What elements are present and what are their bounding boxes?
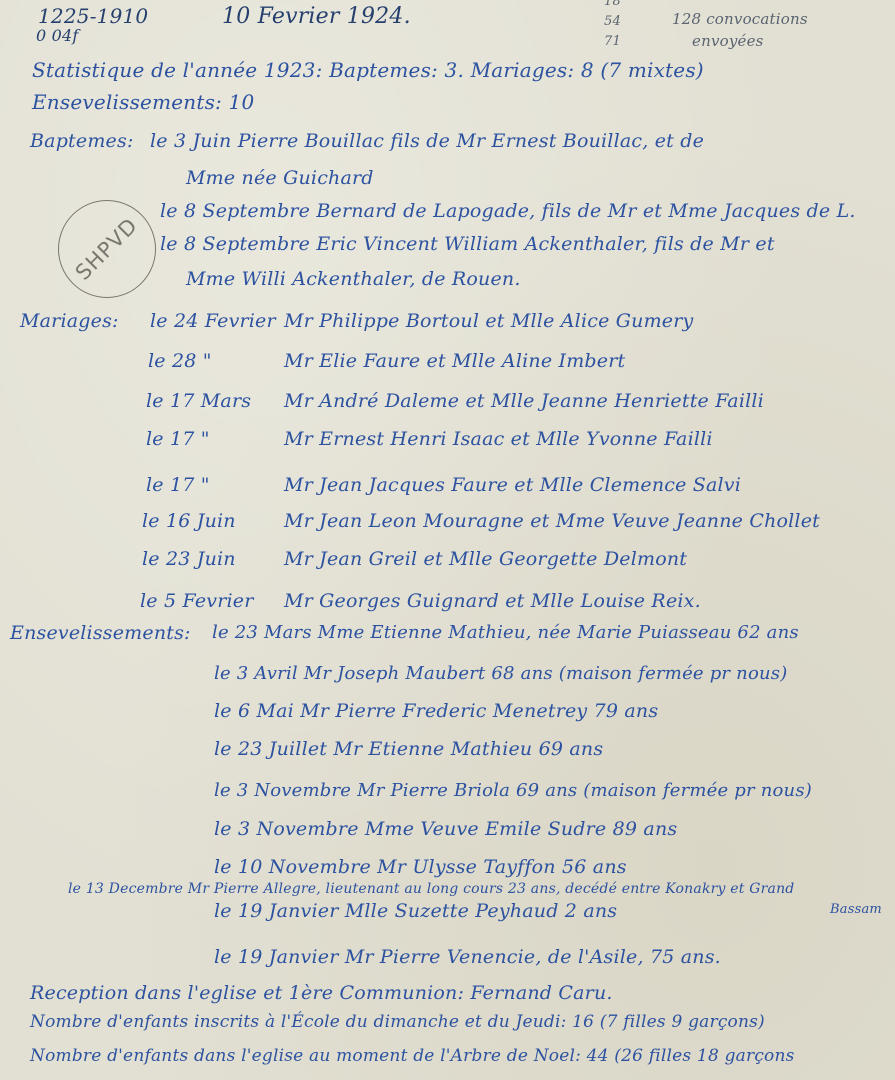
mariage-date: le 16 Juin [142, 510, 236, 532]
burial-entry: le 23 Juillet Mr Etienne Mathieu 69 ans [214, 738, 603, 760]
mariage-text: Mr Ernest Henri Isaac et Mlle Yvonne Fai… [284, 428, 713, 450]
bapteme-entry: le 8 Septembre Eric Vincent William Acke… [160, 233, 775, 255]
christmas-tree-attendance: Nombre d'enfants dans l'eglise au moment… [30, 1046, 795, 1066]
burial-entry: le 3 Avril Mr Joseph Maubert 68 ans (mai… [214, 663, 787, 684]
mariage-date: le 17 " [146, 428, 210, 450]
bapteme-entry: le 3 Juin Pierre Bouillac fils de Mr Ern… [150, 130, 704, 152]
mariage-text: Mr André Daleme et Mlle Jeanne Henriette… [284, 390, 764, 412]
burial-entry: le 10 Novembre Mr Ulysse Tayffon 56 ans [214, 856, 627, 878]
statistics-summary: Statistique de l'année 1923: Baptemes: 3… [32, 58, 704, 82]
mariage-text: Mr Jean Greil et Mlle Georgette Delmont [284, 548, 687, 570]
mariage-date: le 5 Fevrier [140, 590, 254, 612]
bapteme-entry: Mme née Guichard [186, 167, 374, 189]
shpvd-stamp: SHPVD [58, 200, 156, 298]
archive-reference: 1225-1910 [38, 4, 148, 28]
mariage-text: Mr Jean Leon Mouragne et Mme Veuve Jeann… [284, 510, 820, 532]
document-page: 1225-1910 0 04f 10 Fevrier 1924. 18 54 7… [0, 0, 895, 1080]
mariage-text: Mr Elie Faure et Mlle Aline Imbert [284, 350, 625, 372]
bapteme-entry: le 8 Septembre Bernard de Lapogade, fils… [160, 200, 856, 222]
margin-number-3: 71 [604, 34, 621, 49]
margin-number-1: 18 [604, 0, 621, 9]
margin-note-envoyees: envoyées [692, 32, 764, 50]
stamp-text: SHPVD [71, 213, 143, 285]
mariage-date: le 23 Juin [142, 548, 236, 570]
section-label-mariages: Mariages: [20, 310, 119, 332]
mariage-date: le 17 " [146, 474, 210, 496]
mariage-text: Mr Jean Jacques Faure et Mlle Clemence S… [284, 474, 741, 496]
burial-entry: le 3 Novembre Mme Veuve Emile Sudre 89 a… [214, 818, 677, 840]
burials-total: Ensevelissements: 10 [32, 90, 254, 114]
school-enrollment: Nombre d'enfants inscrits à l'École du d… [30, 1012, 765, 1032]
burial-entry: le 19 Janvier Mr Pierre Venencie, de l'A… [214, 946, 721, 968]
burial-entry: le 6 Mai Mr Pierre Frederic Menetrey 79 … [214, 700, 658, 722]
archive-subreference: 0 04f [36, 26, 79, 45]
burial-entry: le 23 Mars Mme Etienne Mathieu, née Mari… [212, 622, 799, 643]
burial-entry: le 3 Novembre Mr Pierre Briola 69 ans (m… [214, 780, 812, 801]
document-date: 10 Fevrier 1924. [222, 4, 411, 29]
burial-entry: le 19 Janvier Mlle Suzette Peyhaud 2 ans [214, 900, 617, 922]
mariage-date: le 24 Fevrier [150, 310, 276, 332]
section-label-ensevelissements: Ensevelissements: [10, 622, 191, 644]
bapteme-entry: Mme Willi Ackenthaler, de Rouen. [186, 268, 521, 290]
burial-entry: le 13 Decembre Mr Pierre Allegre, lieute… [68, 881, 794, 897]
burial-entry-continuation: Bassam [830, 902, 882, 917]
section-label-baptemes: Baptemes: [30, 130, 134, 152]
mariage-text: Mr Georges Guignard et Mlle Louise Reix. [284, 590, 701, 612]
margin-number-2: 54 [604, 14, 621, 29]
mariage-text: Mr Philippe Bortoul et Mlle Alice Gumery [284, 310, 693, 332]
mariage-date: le 28 " [148, 350, 212, 372]
margin-note-convocations: 128 convocations [672, 10, 808, 28]
reception-communion: Reception dans l'eglise et 1ère Communio… [30, 982, 613, 1004]
mariage-date: le 17 Mars [146, 390, 251, 412]
